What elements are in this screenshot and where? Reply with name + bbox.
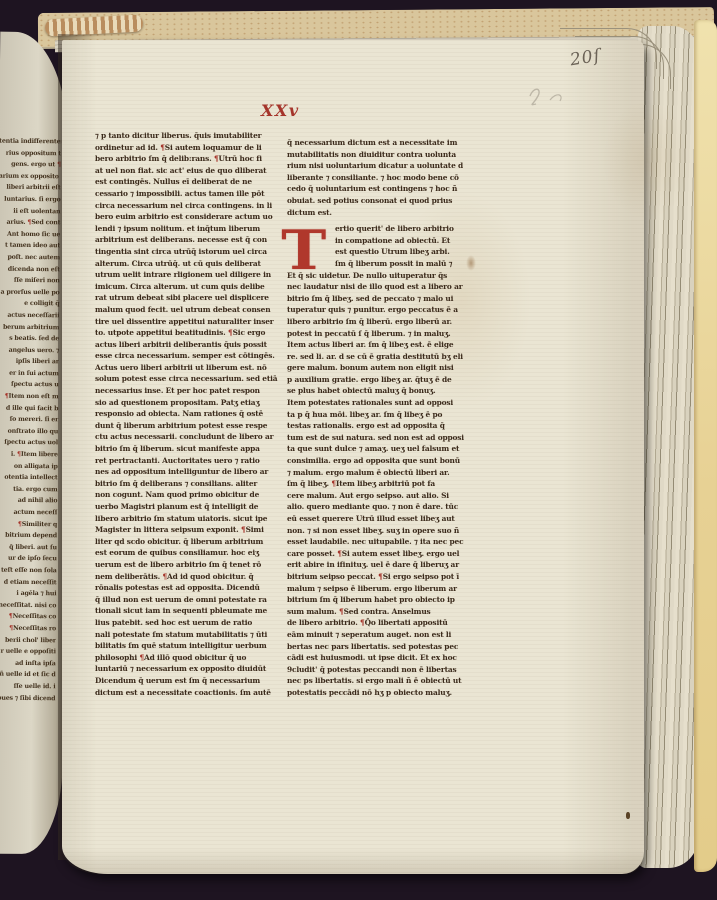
text-line: nec ps libertatis. si ergo mali ñ ē obie… [287, 675, 479, 687]
text-line: bitrio ſm q̄ liberum. sicut manifeste ap… [95, 443, 289, 455]
text-line: q̄ liberi. aut ſu [0, 541, 57, 553]
text-line: tentia indifferenter [0, 136, 61, 148]
text-line: uerbo Magistri planum est q̄ intelligit … [95, 501, 289, 513]
text-line: eū esset querere Utrū illud esset libeʒ … [287, 513, 479, 525]
text-line: ¶Neceſſitas co [0, 611, 56, 623]
text-line: ta que sunt dulce ⁊ amaʒ. ueʒ uel falsum… [287, 443, 479, 455]
previous-leaf-text: tentia indifferenterrius oppositum tgens… [0, 136, 61, 705]
text-line: testas rationalis. ergo est ad opposita … [287, 420, 479, 432]
text-line: bilitatis ſm quē statum intelligitur uer… [95, 640, 289, 652]
text-line: cādi est huiusmodi. ut ipse dicit. Et ex… [287, 652, 479, 664]
text-line: tia. ergo cum [0, 483, 58, 495]
text-line: tingentia sint circa utrūq̄ istorum uel … [95, 246, 289, 258]
text-line: angelus uero. ⁊ [0, 344, 59, 356]
text-line: sum malum. ¶Sed contra. Anselmus [287, 606, 479, 618]
text-line: ¶Item non eſt m [0, 391, 59, 403]
text-line: imicum. Circa alterum. ut cum quis delib… [95, 281, 289, 293]
vellum-cover-edge [694, 20, 717, 872]
text-line: consimilia. ergo ad opposita que sunt bo… [287, 455, 479, 467]
text-line: q̄ necessarium dictum est a necessitate … [287, 137, 479, 149]
text-line: neceſſitat. nisi co [0, 599, 56, 611]
text-line: a prorſus uelle po [0, 286, 60, 298]
text-line: ſpectu actus uol [0, 437, 58, 449]
text-line: ur de ipſo ſecu [0, 553, 57, 565]
rubricated-initial: T [281, 226, 333, 278]
text-line: cedo q̄ uoluntarium est contingens ⁊ hoc… [287, 183, 479, 195]
text-line: gens. ergo ut ¶ [0, 159, 61, 171]
text-line: Actus uero liberi arbitrii ut liberum es… [95, 362, 289, 374]
text-line: 9cludit' q̄ potestas peccandi non ē libe… [287, 664, 479, 676]
text-line: potestatis peccādi nō hʒ p obiecto maluʒ… [287, 687, 479, 699]
text-line: bitrio ſm q̄ deliberans ⁊ consilians. al… [95, 478, 289, 490]
text-line: care posset. ¶Si autem esset libeʒ. ergo… [287, 548, 479, 560]
text-line: lendi ⁊ ipsum nolitum. et inq̄tum liberu… [95, 223, 289, 235]
text-line: at uel non fiat. sic act' eius de quo dl… [95, 165, 289, 177]
text-line: est contingēs. Nullus eī deliberat de ne [95, 176, 289, 188]
text-line: gere malum. bonum autem non eligit nisi [287, 362, 479, 374]
text-line: tum est de sui natura. sed non est ad op… [287, 432, 479, 444]
text-line: malum ⁊ seipso ē liberum. ergo liberum a… [287, 583, 479, 595]
text-line: i. ¶Item libere [0, 449, 58, 461]
text-line: i agēla ⁊ hui [0, 588, 56, 600]
text-line: esset laudabile. nec uitupabile. ⁊ ita n… [287, 536, 479, 548]
text-line: arbitrium est deliberans. necesse est q̄… [95, 234, 289, 246]
text-line: liberi arbitrii eſt [0, 182, 61, 194]
text-line: non. ⁊ si non esset libeʒ. suʒ in opere … [287, 525, 479, 537]
text-line: s beatis. ſed de [0, 333, 59, 345]
text-line: eām minuit ⁊ seperatum auget. non est li [287, 629, 479, 641]
text-line: ta p q̄ hua mōi. libeʒ ar. ſm q̄ libeʒ ē… [287, 409, 479, 421]
text-line: Item potestates rationales sunt ad oppos… [287, 397, 479, 409]
text-line: necessarius inse. Et per hoc patet respo… [95, 385, 289, 397]
text-line: nec laudatur nisi de illo quod est a lib… [287, 281, 479, 293]
text-line: responsio ad obiecta. Nam rationes q̄ os… [95, 408, 289, 420]
text-line: de libero arbitrio. ¶Q̄o libertati appos… [287, 617, 479, 629]
pencil-scribble [524, 66, 594, 110]
text-line: ¶Similiter q [0, 518, 57, 530]
text-line: rius oppositum t [0, 147, 61, 159]
text-line: dicenda non eſt [0, 263, 60, 275]
text-line: ſm q̄ liberum possit in malū ⁊ [335, 258, 479, 270]
text-line: Magister in littera seipsum exponit. ¶Si… [95, 524, 289, 536]
text-line: d etiam neceſſit [0, 576, 57, 588]
text-line: otentia intellect [0, 472, 58, 484]
text-line: in compatione ad obiectū. Et [335, 235, 479, 247]
text-line: tuperatur quis ⁊ punitur. ergo peccatus … [287, 304, 479, 316]
text-line: p auxilium gratie. ergo libeʒ ar. q̄tuʒ … [287, 374, 479, 386]
text-line: Ant homo ſic ue [0, 228, 60, 240]
text-line: solum potest esse circa necessarium. sed… [95, 373, 289, 385]
text-line: circa necessarium nel circa contingens. … [95, 200, 289, 212]
text-line: oues ⁊ ſibi dicend [0, 692, 55, 704]
text-line: ii eſt uolentan [0, 205, 60, 217]
text-line: actum neceſſ [0, 507, 57, 519]
running-head-chapter: XXv [261, 101, 300, 120]
text-line: cessario ⁊ impossibili. actus tamen ille… [95, 188, 289, 200]
text-line: est eorum de quibus consiliamur. hoc eiʒ [95, 547, 289, 559]
text-line: poſt. nec autem [0, 252, 60, 264]
text-line: nes ad oppositum intelliguntur de libero… [95, 466, 289, 478]
text-line: berii chol' liber [0, 634, 56, 646]
recto-page: 20ſ XXv ⁊ p tanto dicitur liberus. q̄uis… [62, 40, 644, 874]
text-line: utrum uelit intrare rligionem uel dilige… [95, 269, 289, 281]
text-column-left: ⁊ p tanto dicitur liberus. q̄uis imutabi… [95, 130, 289, 698]
text-line: bitrium seipso peccat. ¶Si ergo seipso p… [287, 571, 479, 583]
text-line: cere malum. Aut ergo seipso. aut alio. S… [287, 490, 479, 502]
text-line: se plus habet obiectū maluʒ q̄ bonuʒ. [287, 385, 479, 397]
text-line: tire uel dissentire appetitui naturalite… [95, 316, 289, 328]
text-line: ad inſta ipſa [0, 657, 56, 669]
photo-of-open-book: tentia indifferenterrius oppositum tgens… [0, 0, 717, 900]
text-line: dunt q̄ liberum arbitrium potest esse re… [95, 420, 289, 432]
text-line: bitrium ſm q̄ liberum habet pro obiecto … [287, 594, 479, 606]
text-line: on alligata ip [0, 460, 58, 472]
text-line: ad nihil alio [0, 495, 57, 507]
text-line: mutabilitatis non diuiditur contra uolun… [287, 149, 479, 161]
text-line: ret pertractanti. Auctoritates uero ⁊ ra… [95, 455, 289, 467]
text-line: rium nisi uoluntarium dicatur a uoluntat… [287, 160, 479, 172]
text-line: liter qd scdo obicitur. q̄ liberum arbit… [95, 536, 289, 548]
text-line: re. sed li. ar. d se cū ē gratia destitu… [287, 351, 479, 363]
text-line: to. utpote appetitui beatitudinis. ¶Sic … [95, 327, 289, 339]
text-line: ñ uelle id et ſic d [0, 669, 56, 681]
text-line: bitrium depend [0, 530, 57, 542]
text-line: tionali sicut iam in sequenti pbleumate … [95, 605, 289, 617]
text-line: Item actus liberi ar. ſm q̄ libeʒ est. ē… [287, 339, 479, 351]
text-line: ſo mereri. ſi er [0, 414, 58, 426]
text-line: luntariū ⁊ necessarium ex opposito diuid… [95, 663, 289, 675]
text-line: malum quod fecit. uel utrum debeat conse… [95, 304, 289, 316]
text-line: est questio Utrum libeʒ arbi. [335, 246, 479, 258]
text-line: non cogunt. Nam quod primo obicitur de [95, 489, 289, 501]
text-line: Dicendum q̄ uerum est ſm q̄ necessarium [95, 675, 289, 687]
text-line: philosophi ¶Ad illō quod obicitur q̄ uo [95, 652, 289, 664]
text-line: liberante ⁊ consiliante. ⁊ hoc modo bene… [287, 172, 479, 184]
text-line: dictum est a necessitate coactionis. ſm … [95, 687, 289, 699]
text-line: libero arbitrio ſm q̄ liberū. ergo liber… [287, 316, 479, 328]
text-line: bertas nec pars libertatis. sed potestas… [287, 641, 479, 653]
text-line: nem deliberātis. ¶Ad id quod obicitur. q… [95, 571, 289, 583]
page-bottom-shadow [62, 848, 644, 874]
text-line: dictum est. [287, 207, 479, 219]
text-line: sio ad questionem propositam. Patʒ etiaʒ [95, 397, 289, 409]
text-line: luntarius. ſi ergo [0, 194, 61, 206]
text-line: d ille qui facit b [0, 402, 58, 414]
text-line: erit abire in ifinituʒ. uel ē dare q̄ li… [287, 559, 479, 571]
text-line: teſt eſſe non ſola [0, 565, 57, 577]
text-line: r uelle e oppoſiti [0, 646, 56, 658]
text-line: er in ſui actum [0, 368, 59, 380]
text-line: ⁊ p tanto dicitur liberus. q̄uis imutabi… [95, 130, 289, 142]
text-line: esse circa necessarium. semper est cōtin… [95, 350, 289, 362]
text-line: ſm q̄ libeʒ. ¶Item libeʒ arbitriū pot fa [287, 478, 479, 490]
text-line: e colligit q̄ [0, 298, 60, 310]
text-line: arius. ¶Sed cont [0, 217, 60, 229]
text-line: berum arbitrium [0, 321, 59, 333]
text-line: nali potestate ſm statum mutabilitatis ⁊… [95, 629, 289, 641]
text-line: ¶Neceſſitas ro [0, 623, 56, 635]
text-line: t tamen ideo aut [0, 240, 60, 252]
text-line: libero arbitrio ſm statum uiatoris. sicu… [95, 513, 289, 525]
text-line: potest in peccatū ſ q̄ liberum. ⁊ in mal… [287, 328, 479, 340]
text-line: ctu actus necessarii. concludunt de libe… [95, 431, 289, 443]
text-line: actus neceſſarii [0, 310, 59, 322]
text-line: bitrio ſm q̄ libeʒ. sed de peccato ⁊ mal… [287, 293, 479, 305]
text-line: rōnalis potestas est ad opposita. Dicend… [95, 582, 289, 594]
text-line: ertio querit' de libero arbitrio [335, 223, 479, 235]
text-line: bero arbitrio ſm q̄ delib:rans. ¶Utrū ho… [95, 153, 289, 165]
text-line: uerum est de libero arbitrio ſm q̄ tenet… [95, 559, 289, 571]
text-line: actus liberi arbitrii deliberantis q̄uis… [95, 339, 289, 351]
text-line: lius patebit. sed hoc est uerum de ratio [95, 617, 289, 629]
text-line: arium ex opposito d [0, 170, 61, 182]
text-line: q̄ illud non est uerum de omni potestate… [95, 594, 289, 606]
text-line: ipſis liberi ar [0, 356, 59, 368]
fore-edge-page-stack [638, 26, 698, 868]
text-line: ordinetur ad id. ¶Si autem loquamur de l… [95, 142, 289, 154]
text-line: rat utrum debeat sibi placere uel displi… [95, 292, 289, 304]
text-line: alio. quero mediante quo. ⁊ non ē dare. … [287, 501, 479, 513]
text-line: obuiat. sed potius consonat ei quod priu… [287, 195, 479, 207]
text-line: ſſe miſeri non [0, 275, 60, 287]
text-line: bero euim arbitrio est considerare actum… [95, 211, 289, 223]
text-line: onſtrato illo qu [0, 425, 58, 437]
text-line: ſpectu actus u [0, 379, 59, 391]
text-line: ⁊ malum. ergo malum ē obiectū liberi ar. [287, 467, 479, 479]
text-line: alterum. Circa utrūq̄. ut cū quis delibe… [95, 258, 289, 270]
text-line: ſſe uelle id. i [0, 681, 56, 693]
